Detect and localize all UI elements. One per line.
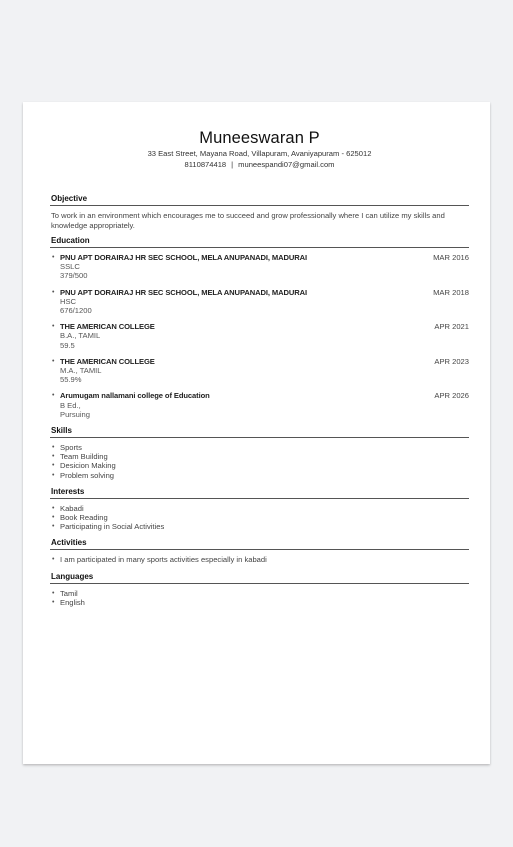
score: 379/500 [60,271,469,280]
score: 55.9% [60,375,469,384]
degree: B Ed., [60,401,469,410]
list-item: Participating in Social Activities [50,522,469,531]
section-title-activities: Activities [50,538,469,550]
education-date: MAR 2016 [433,253,469,262]
education-date: APR 2021 [434,322,469,331]
list-item: Book Reading [50,513,469,522]
education-item: PNU APT DORAIRAJ HR SEC SCHOOL, MELA ANU… [50,288,469,316]
list-item: Tamil [50,589,469,598]
school-name: PNU APT DORAIRAJ HR SEC SCHOOL, MELA ANU… [60,288,469,297]
education-item: THE AMERICAN COLLEGEAPR 2021B.A., TAMIL5… [50,322,469,350]
skills-list: SportsTeam BuildingDesicion MakingProble… [50,443,469,480]
education-date: APR 2026 [434,391,469,400]
degree: SSLC [60,262,469,271]
languages-list: TamilEnglish [50,589,469,607]
list-item: Kabadi [50,504,469,513]
school-name: THE AMERICAN COLLEGE [60,357,469,366]
education-item: Arumugam nallamani college of EducationA… [50,391,469,419]
contact-separator: | [231,160,233,169]
score: Pursuing [60,410,469,419]
address: 33 East Street, Mayana Road, Villapuram,… [50,148,469,159]
objective-text: To work in an environment which encourag… [51,211,469,230]
school-name: Arumugam nallamani college of Education [60,391,469,400]
section-title-objective: Objective [50,194,469,206]
education-date: APR 2023 [434,357,469,366]
section-title-languages: Languages [50,572,469,584]
education-date: MAR 2018 [433,288,469,297]
activities-list: I am participated in many sports activit… [50,555,469,564]
section-languages: Languages TamilEnglish [50,572,469,607]
education-list: PNU APT DORAIRAJ HR SEC SCHOOL, MELA ANU… [50,253,469,419]
list-item: English [50,598,469,607]
list-item: I am participated in many sports activit… [50,555,469,564]
school-name: THE AMERICAN COLLEGE [60,322,469,331]
score: 59.5 [60,341,469,350]
resume-header: Muneeswaran P 33 East Street, Mayana Roa… [50,128,469,170]
section-objective: Objective To work in an environment whic… [50,194,469,230]
degree: B.A., TAMIL [60,331,469,340]
school-name: PNU APT DORAIRAJ HR SEC SCHOOL, MELA ANU… [60,253,469,262]
list-item: Problem solving [50,471,469,480]
score: 676/1200 [60,306,469,315]
candidate-name: Muneeswaran P [50,128,469,148]
email-address: muneespandi07@gmail.com [238,160,334,169]
education-item: THE AMERICAN COLLEGEAPR 2023M.A., TAMIL5… [50,357,469,385]
degree: M.A., TAMIL [60,366,469,375]
contact-line: 8110874418|muneespandi07@gmail.com [50,159,469,170]
resume-page: Muneeswaran P 33 East Street, Mayana Roa… [23,102,490,764]
section-title-interests: Interests [50,487,469,499]
section-education: Education PNU APT DORAIRAJ HR SEC SCHOOL… [50,236,469,419]
section-activities: Activities I am participated in many spo… [50,538,469,564]
degree: HSC [60,297,469,306]
phone-number: 8110874418 [184,160,226,169]
list-item: Desicion Making [50,461,469,470]
section-title-skills: Skills [50,426,469,438]
education-item: PNU APT DORAIRAJ HR SEC SCHOOL, MELA ANU… [50,253,469,281]
interests-list: KabadiBook ReadingParticipating in Socia… [50,504,469,532]
section-skills: Skills SportsTeam BuildingDesicion Makin… [50,426,469,480]
section-title-education: Education [50,236,469,248]
list-item: Sports [50,443,469,452]
list-item: Team Building [50,452,469,461]
section-interests: Interests KabadiBook ReadingParticipatin… [50,487,469,532]
